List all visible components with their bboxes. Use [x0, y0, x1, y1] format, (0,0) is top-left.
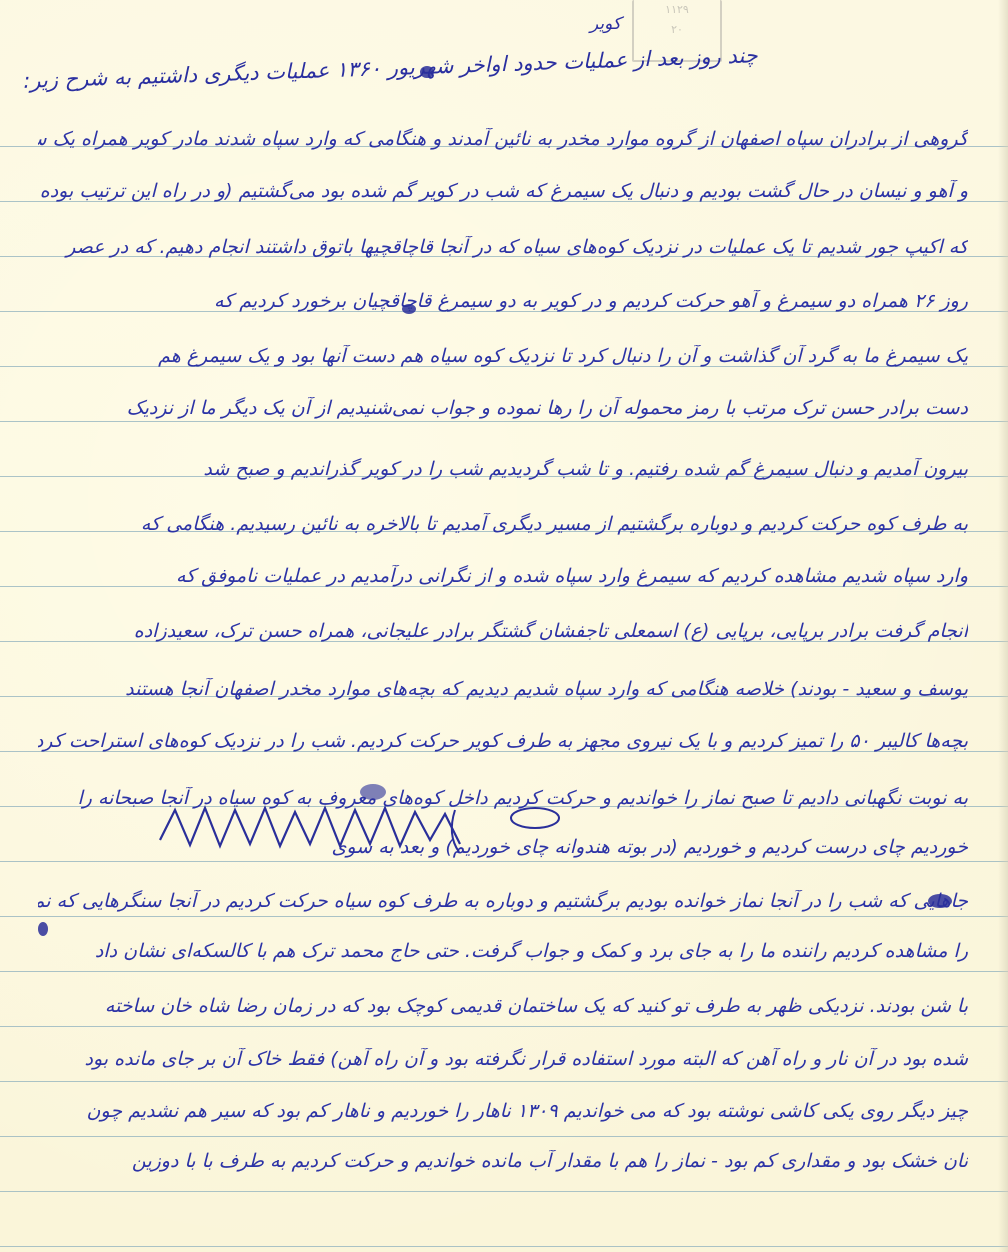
- handwritten-line: به طرف کوه حرکت کردیم و دوباره برگشتیم ا…: [38, 513, 968, 535]
- handwritten-line: نان خشک بود و مقداری کم بود - نماز را هم…: [38, 1150, 968, 1172]
- handwritten-line: که اکیپ جور شدیم تا یک عملیات در نزدیک ک…: [38, 236, 968, 258]
- ink-blot: [360, 784, 386, 800]
- ruled-line: [0, 1191, 1008, 1192]
- stamp-line-1: ۱۱۲۹: [634, 0, 720, 20]
- notebook-page: ۱۱۲۹ ۲۰ کویر چند روز بعد از عملیات حدود …: [0, 0, 1008, 1252]
- ruled-line: [0, 1026, 1008, 1027]
- handwritten-line: انجام گرفت برادر برپایی، برپایی (ع) اسمع…: [38, 620, 968, 642]
- handwritten-line: را مشاهده کردیم راننده ما را به جای برد …: [38, 940, 968, 962]
- handwritten-line: روز ۲۶ همراه دو سیمرغ و آهو حرکت کردیم و…: [38, 290, 968, 312]
- page-heading: چند روز بعد از عملیات حدود اواخر شهریور …: [23, 43, 758, 93]
- handwritten-line: شده بود در آن نار و راه آهن که البته مور…: [38, 1048, 968, 1070]
- ink-blot: [928, 894, 952, 908]
- handwritten-line: بیرون آمدیم و دنبال سیمرغ گم شده رفتیم. …: [38, 458, 968, 480]
- handwritten-line: وارد سپاه شدیم مشاهده کردیم که سیمرغ وار…: [38, 565, 968, 587]
- handwritten-line: و آهو و نیسان در حال گشت بودیم و دنبال ی…: [38, 180, 968, 202]
- handwritten-line: دست برادر حسن ترک مرتب با رمز محموله آن …: [38, 397, 968, 419]
- handwritten-line: گروهی از برادران سپاه اصفهان از گروه موا…: [38, 128, 968, 150]
- ink-blot: [420, 66, 434, 78]
- ink-blot: [38, 922, 48, 936]
- ruled-line: [0, 971, 1008, 972]
- ruled-line: [0, 421, 1008, 422]
- ruled-line: [0, 1246, 1008, 1247]
- ink-blot: [402, 304, 416, 314]
- ruled-line: [0, 1081, 1008, 1082]
- handwritten-line: با شن بودند. نزدیکی ظهر به طرف تو کنید ک…: [38, 995, 968, 1017]
- ruled-line: [0, 1136, 1008, 1137]
- stamp-line-2: ۲۰: [634, 20, 720, 40]
- handwritten-line: بچه‌ها کالیبر ۵۰ را تمیز کردیم و با یک ن…: [38, 730, 968, 752]
- handwritten-line: چیز دیگر روی یکی کاشی نوشته بود که می خو…: [38, 1100, 968, 1122]
- heading-insertion: کویر: [590, 14, 621, 34]
- page-edge-shadow: [998, 0, 1008, 1252]
- handwritten-line: یک سیمرغ ما به گرد آن گذاشت و آن را دنبا…: [38, 345, 968, 367]
- handwritten-line: یوسف و سعید - بودند) خلاصه هنگامی که وار…: [38, 678, 968, 700]
- crossed-out-scribble: [155, 800, 625, 860]
- handwritten-line: جاهایی که شب را در آنجا نماز خوانده بودی…: [38, 890, 968, 912]
- ruled-line: [0, 861, 1008, 862]
- ruled-line: [0, 916, 1008, 917]
